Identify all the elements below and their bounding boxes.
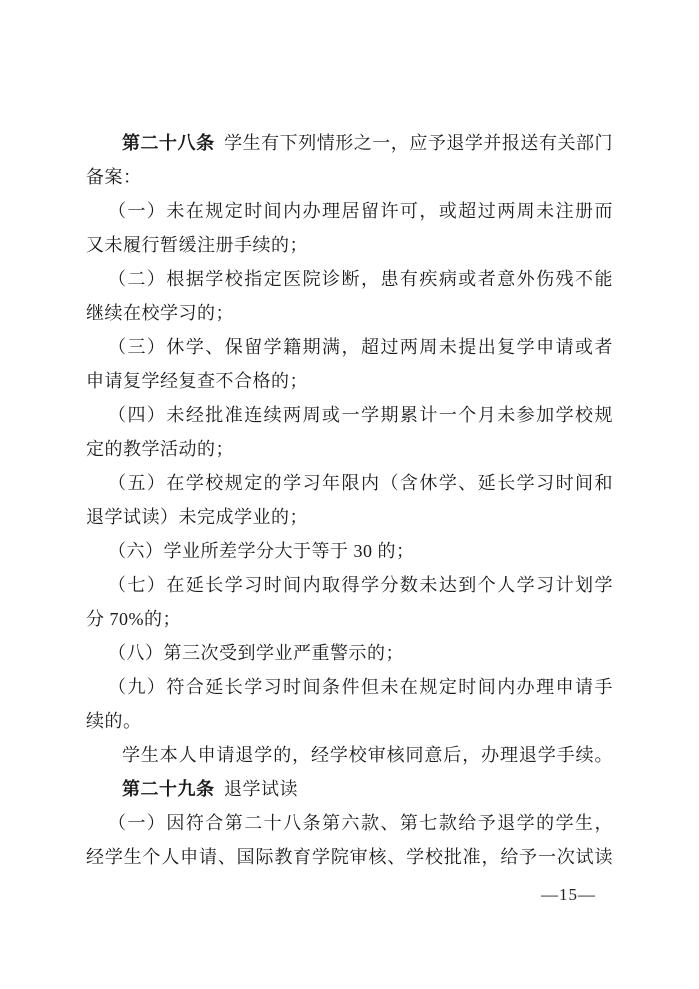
document-page: 第二十八条 学生有下列情形之一，应予退学并报送有关部门备案：（一）未在规定时间内…: [0, 0, 699, 989]
text-line: 学生本人申请退学的，经学校审核同意后，办理退学手续。: [86, 738, 613, 772]
text-line: （三）休学、保留学籍期满，超过两周未提出复学申请或者: [86, 330, 613, 364]
text-line: （七）在延长学习时间内取得学分数未达到个人学习计划学: [86, 568, 613, 602]
line-text: 学生有下列情形之一，应予退学并报送有关部门: [224, 133, 613, 153]
text-line: 退学试读）未完成学业的；: [86, 500, 613, 534]
text-line: （二）根据学校指定医院诊断，患有疾病或者意外伤残不能: [86, 262, 613, 296]
text-line: （九）符合延长学习时间条件但未在规定时间内办理申请手: [86, 670, 613, 704]
text-line: （四）未经批准连续两周或一学期累计一个月未参加学校规: [86, 398, 613, 432]
document-text-block: 第二十八条 学生有下列情形之一，应予退学并报送有关部门备案：（一）未在规定时间内…: [86, 126, 613, 874]
text-line: 续的。: [86, 704, 613, 738]
text-line: （六）学业所差学分大于等于 30 的；: [86, 534, 613, 568]
text-line: （八）第三次受到学业严重警示的；: [86, 636, 613, 670]
text-line: 第二十九条 退学试读: [86, 772, 613, 806]
text-line: 经学生个人申请、国际教育学院审核、学校批准，给予一次试读: [86, 840, 613, 874]
text-line: 又未履行暂缓注册手续的；: [86, 228, 613, 262]
line-text: 退学试读: [224, 779, 298, 799]
article-number-label: 第二十九条: [122, 779, 215, 799]
text-line: 备案：: [86, 160, 613, 194]
text-line: 分 70%的；: [86, 602, 613, 636]
text-line: （一）未在规定时间内办理居留许可，或超过两周未注册而: [86, 194, 613, 228]
text-line: 定的教学活动的；: [86, 432, 613, 466]
text-line: 继续在校学习的；: [86, 296, 613, 330]
text-line: 申请复学经复查不合格的；: [86, 364, 613, 398]
text-line: （一）因符合第二十八条第六款、第七款给予退学的学生，: [86, 806, 613, 840]
page-number: —15—: [86, 885, 613, 905]
text-line: 第二十八条 学生有下列情形之一，应予退学并报送有关部门: [86, 126, 613, 160]
text-line: （五）在学校规定的学习年限内（含休学、延长学习时间和: [86, 466, 613, 500]
article-number-label: 第二十八条: [122, 133, 215, 153]
